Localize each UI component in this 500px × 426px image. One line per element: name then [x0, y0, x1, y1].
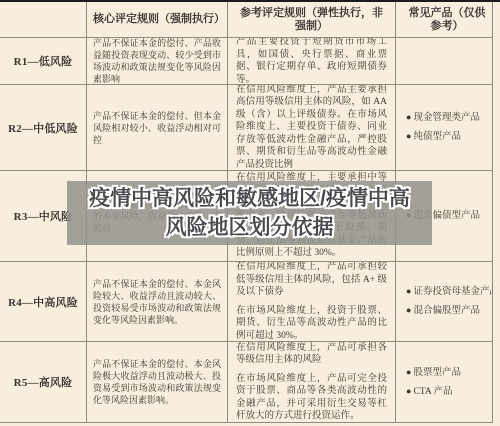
product-list: 证券投资母基金产品 混合偏股型产品: [406, 280, 488, 323]
reference-rule-cell: 在信用风险维度上，产品可承担各等级信用主体的风险 在市场风险维度上，产品可完全投…: [228, 342, 396, 422]
product-item: 现金管理类产品: [406, 111, 488, 125]
reference-rule-text: 在信用风险维度上，产品可承担各等级信用主体的风险: [236, 342, 387, 367]
product-list: 现金管理类产品 纯债型产品: [406, 106, 488, 149]
reference-rule-text: 在市场风险维度上，产品可完全投资于股票、商品等各类高波动性的金融产品，并可采用衍…: [236, 373, 387, 423]
header-common-products: 常见产品（仅供参考）: [396, 2, 493, 37]
common-products-cell: 证券投资母基金产品 混合偏股型产品: [396, 262, 493, 341]
common-products-cell: 股票型产品 CTA 产品: [396, 342, 493, 422]
header-corner-cell: [0, 2, 87, 37]
reference-rule-text: 在市场风险维度上，投资于股票、期货、衍生品等高波动性产品的比例可超过 30%。: [236, 305, 387, 342]
table-row-r5: R5—高风险 产品不保证本金的偿付、本金风险极大收益浮动且波动极大、投资易受到市…: [0, 342, 493, 423]
reference-rule-cell: 在信用风险维度上，产品主要承担高信用等级信用主体的风险，如 AA 级（含）以上评…: [228, 85, 396, 170]
risk-level-label: R2—中低风险: [0, 85, 87, 170]
product-list: 股票型产品 CTA 产品: [406, 361, 488, 404]
core-rule-cell: 产品不保证本金的偿付、但本金风险相对较小、收益浮动相对可控: [87, 85, 228, 170]
product-item: 混合偏股型产品: [406, 304, 488, 318]
core-rule-text: 产品不保证本金的偿付、本金风险较大、收益浮动且波动较大、投资较易受市场波动和政策…: [93, 278, 221, 326]
common-products-cell: [396, 38, 493, 84]
header-reference-rules: 参考评定规则（弹性执行，非强制）: [228, 2, 396, 37]
reference-rule-text: 产品主要投资于短期货币市场工具，如国债、央行票据、商业票据、银行定期存单、政府短…: [236, 38, 387, 84]
watermark-title-banner: 疫情中高风险和敏感地区/疫情中高 风险地区划分依据: [67, 181, 432, 245]
reference-rule-cell: 在信用风险维度上，产品可承担较低等级信用主体的风险，包括 A+ 级及以下债券 在…: [228, 262, 396, 341]
table-row-r2: R2—中低风险 产品不保证本金的偿付、但本金风险相对较小、收益浮动相对可控 在信…: [0, 85, 493, 171]
common-products-cell: 现金管理类产品 纯债型产品: [396, 85, 493, 170]
risk-level-label: R1—低风险: [0, 38, 87, 84]
watermark-title-line1: 疫情中高风险和敏感地区/疫情中高: [89, 184, 410, 213]
reference-rule-text: 在信用风险维度上，产品可承担较低等级信用主体的风险，包括 A+ 级及以下债券: [236, 262, 387, 299]
header-row: 核心评定规则（强制执行） 参考评定规则（弹性执行，非强制） 常见产品（仅供参考）: [0, 2, 493, 38]
risk-level-label: R4—中高风险: [0, 262, 87, 341]
watermark-title-line2: 风险地区划分依据: [166, 213, 334, 242]
product-item: 证券投资母基金产品: [406, 285, 488, 299]
core-rule-text: 产品不保证本金的偿付、产品收益随投资表现变动、较少受到市场波动和政策法规变化等风…: [93, 38, 221, 84]
risk-level-label: R5—高风险: [0, 342, 87, 422]
product-item: CTA 产品: [406, 385, 488, 399]
core-rule-cell: 产品不保证本金的偿付、本金风险极大收益浮动且波动极大、投资易受到市场波动和政策法…: [87, 342, 228, 422]
core-rule-cell: 产品不保证本金的偿付、产品收益随投资表现变动、较少受到市场波动和政策法规变化等风…: [87, 38, 228, 84]
table-row-r4: R4—中高风险 产品不保证本金的偿付、本金风险较大、收益浮动且波动较大、投资较易…: [0, 262, 493, 342]
reference-rule-cell: 产品主要投资于短期货币市场工具，如国债、央行票据、商业票据、银行定期存单、政府短…: [228, 38, 396, 84]
core-rule-text: 产品不保证本金的偿付、但本金风险相对较小、收益浮动相对可控: [93, 110, 221, 146]
core-rule-text: 产品不保证本金的偿付、本金风险极大收益浮动且波动极大、投资易受到市场波动和政策法…: [93, 358, 221, 406]
product-item: 纯债型产品: [406, 130, 488, 144]
table-row-r1: R1—低风险 产品不保证本金的偿付、产品收益随投资表现变动、较少受到市场波动和政…: [0, 38, 493, 85]
product-item: 股票型产品: [406, 366, 488, 380]
reference-rule-text: 在信用风险维度上，产品主要承担高信用等级信用主体的风险，如 AA 级（含）以上评…: [236, 85, 387, 170]
core-rule-cell: 产品不保证本金的偿付、本金风险较大、收益浮动且波动较大、投资较易受市场波动和政策…: [87, 262, 228, 341]
header-core-rules: 核心评定规则（强制执行）: [87, 2, 228, 37]
